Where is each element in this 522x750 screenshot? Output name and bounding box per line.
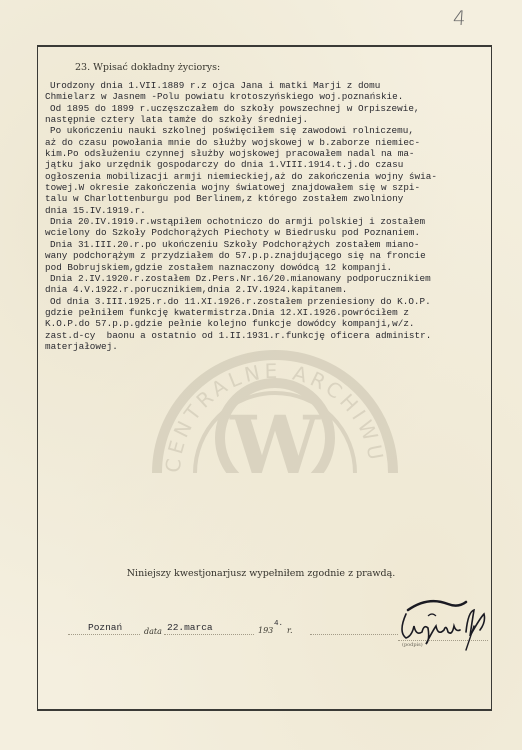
biography-line: K.O.P.do 57.p.p.gdzie pełnie kolejno fun… xyxy=(45,318,495,329)
biography-line: Dnia 20.IV.1919.r.wstąpiłem ochotniczo d… xyxy=(45,216,495,227)
biography-line: wany podchorążym z przydziałem do 57.p.p… xyxy=(45,250,495,261)
biography-line: materjałowej. xyxy=(45,341,495,352)
biography-line: towej.W okresie zakończenia wojny świato… xyxy=(45,182,495,193)
biography-line: Dnia 31.III.20.r.po ukończeniu Szkoły Po… xyxy=(45,239,495,250)
biography-line: gdzie pełniłem funkcję kwatermistrza.Dni… xyxy=(45,307,495,318)
declaration-text: Niniejszy kwestjonarjusz wypełniłem zgod… xyxy=(0,568,522,579)
date-value: 22.marca xyxy=(167,622,213,633)
biography-line: Dnia 2.IV.1920.r.zostałem Dz.Pers.Nr.16/… xyxy=(45,273,495,284)
biography-line: dnia 4.V.1922.r.porucznikiem,dnia 2.IV.1… xyxy=(45,284,495,295)
biography-line: Od dnia 3.III.1925.r.do 11.XI.1926.r.zos… xyxy=(45,296,495,307)
signature-caption: (podpis) xyxy=(402,642,423,648)
biography-line: aż do czasu powołania mnie do służby woj… xyxy=(45,137,495,148)
biography-line: kim.Po odsłużeniu czynnej służby wojskow… xyxy=(45,148,495,159)
biography-line: Urodzony dnia 1.VII.1889 r.z ojca Jana i… xyxy=(45,80,495,91)
place-line xyxy=(68,634,140,635)
place-value: Poznań xyxy=(88,622,122,633)
biography-line: wcielony do Szkoły Podchorążych Piechoty… xyxy=(45,227,495,238)
page-number: 4 xyxy=(452,6,466,30)
biography-line: dnia 15.IV.1919.r. xyxy=(45,205,495,216)
biography-line: jątku jako urzędnik gospodarczy do dnia … xyxy=(45,159,495,170)
biography-line: zast.d-cy baonu a ostatnio od 1.II.1931.… xyxy=(45,330,495,341)
biography-line: Po ukończeniu nauki szkolnej poświęciłem… xyxy=(45,125,495,136)
year-prefix: 193 xyxy=(258,626,273,635)
year-r-label: r. xyxy=(287,626,293,635)
biography-line: talu w Charlottenburgu pod Berlinem,z kt… xyxy=(45,193,495,204)
date-line xyxy=(164,634,254,635)
signature-line xyxy=(310,634,398,635)
date-label: data xyxy=(144,627,162,636)
field-label-biography: 23. Wpisać dokładny życiorys: xyxy=(75,62,220,73)
biography-line: Od 1895 do 1899 r.uczęszczałem do szkoły… xyxy=(45,103,495,114)
year-suffix: 4. xyxy=(274,620,283,628)
biography-line: następnie cztery lata tamże do szkoły śr… xyxy=(45,114,495,125)
biography-text: Urodzony dnia 1.VII.1889 r.z ojca Jana i… xyxy=(45,80,495,352)
biography-line: pod Bobrujskiem,gdzie zostałem naznaczon… xyxy=(45,262,495,273)
biography-line: Chmielarz w Jasnem -Polu powiatu krotosz… xyxy=(45,91,495,102)
biography-line: ogłoszenia mobilizacji armji niemieckiej… xyxy=(45,171,495,182)
